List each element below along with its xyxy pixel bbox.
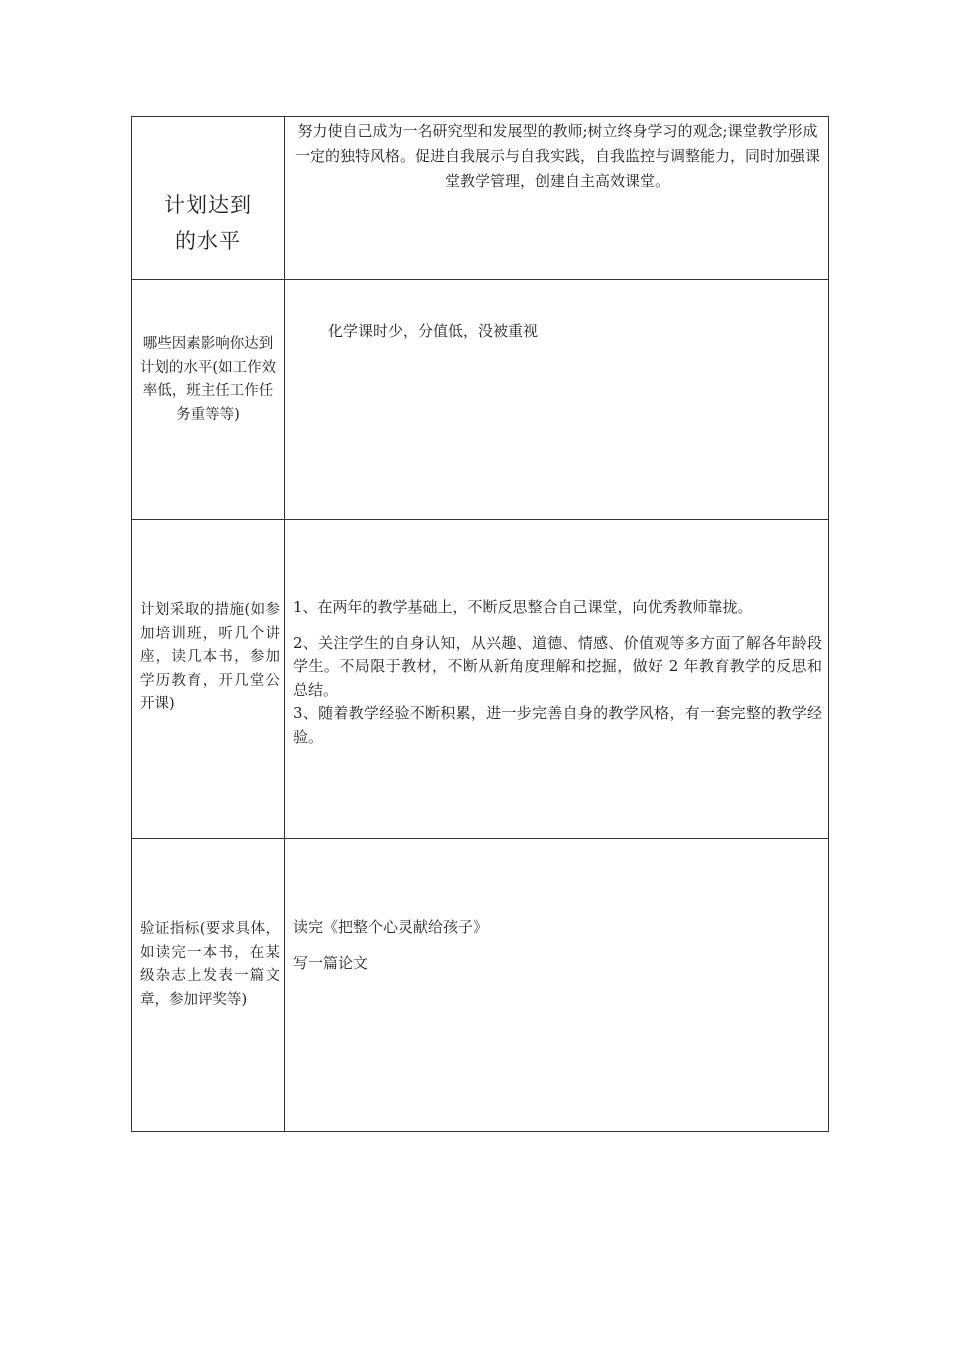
content-cell: 努力使自己成为一名研究型和发展型的教师;树立终身学习的观念;课堂教学形成一定的独… [285,117,829,280]
indicator-item: 写一篇论文 [293,951,822,975]
row-label: 验证指标(要求具体，如读完一本书，在某级杂志上发表一篇文章，参加评奖等) [132,839,284,1012]
indicator-item: 读完《把整个心灵献给孩子》 [293,915,822,939]
row-content: 化学课时少，分值低，没被重视 [285,280,828,343]
row-content: 读完《把整个心灵献给孩子》 写一篇论文 [285,839,828,975]
content-cell: 化学课时少，分值低，没被重视 [285,280,829,520]
plan-table: 计划达到 的水平 努力使自己成为一名研究型和发展型的教师;树立终身学习的观念;课… [131,116,829,1132]
measure-item: 1、在两年的教学基础上，不断反思整合自己课堂，向优秀教师靠拢。 [293,596,822,620]
measure-item: 3、随着教学经验不断积累，进一步完善自身的教学风格，有一套完整的教学经验。 [293,702,822,749]
table-row-target-level: 计划达到 的水平 努力使自己成为一名研究型和发展型的教师;树立终身学习的观念;课… [132,117,829,280]
measure-item: 2、关注学生的自身认知，从兴趣、道德、情感、价值观等多方面了解各年龄段学生。不局… [293,632,822,703]
label-cell: 计划采取的措施(如参加培训班，听几个讲座，读几本书，参加学历教育，开几堂公开课) [132,520,285,839]
content-cell: 读完《把整个心灵献给孩子》 写一篇论文 [285,839,829,1132]
row-content: 1、在两年的教学基础上，不断反思整合自己课堂，向优秀教师靠拢。 2、关注学生的自… [285,520,828,749]
label-line: 的水平 [132,223,284,259]
row-content: 努力使自己成为一名研究型和发展型的教师;树立终身学习的观念;课堂教学形成一定的独… [285,117,828,194]
row-label: 计划达到 的水平 [132,117,284,259]
label-cell: 哪些因素影响你达到计划的水平(如工作效率低，班主任工作任务重等等) [132,280,285,520]
table-row-planned-measures: 计划采取的措施(如参加培训班，听几个讲座，读几本书，参加学历教育，开几堂公开课)… [132,520,829,839]
label-cell: 验证指标(要求具体，如读完一本书，在某级杂志上发表一篇文章，参加评奖等) [132,839,285,1132]
label-cell: 计划达到 的水平 [132,117,285,280]
label-line: 计划达到 [132,187,284,223]
row-label: 计划采取的措施(如参加培训班，听几个讲座，读几本书，参加学历教育，开几堂公开课) [132,520,284,717]
table-row-influencing-factors: 哪些因素影响你达到计划的水平(如工作效率低，班主任工作任务重等等) 化学课时少，… [132,280,829,520]
row-label: 哪些因素影响你达到计划的水平(如工作效率低，班主任工作任务重等等) [132,280,284,427]
content-cell: 1、在两年的教学基础上，不断反思整合自己课堂，向优秀教师靠拢。 2、关注学生的自… [285,520,829,839]
table-row-verification-indicators: 验证指标(要求具体，如读完一本书，在某级杂志上发表一篇文章，参加评奖等) 读完《… [132,839,829,1132]
